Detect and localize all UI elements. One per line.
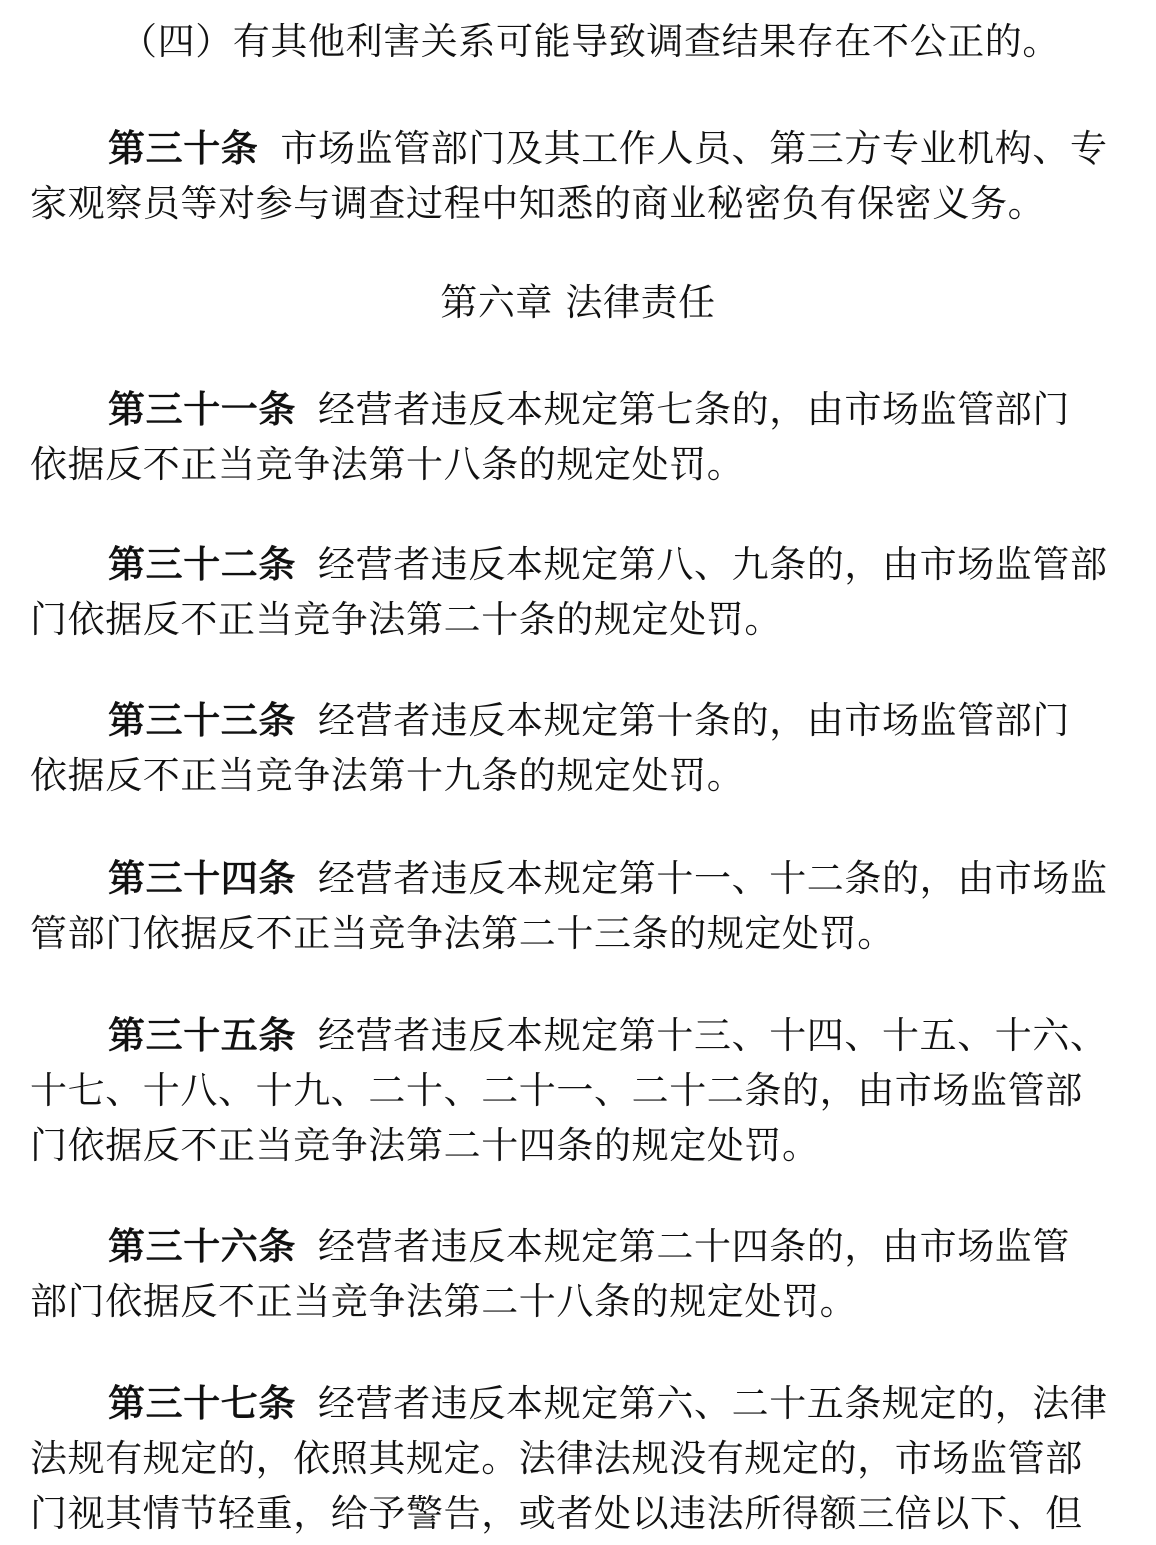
article-32-text-1: 经营者违反本规定第八、九条的，由市场监管部 bbox=[318, 543, 1108, 586]
article-30-number: 第三十条 bbox=[108, 127, 258, 170]
article-31-text-2: 依据反不正当竞争法第十八条的规定处罚。 bbox=[30, 443, 744, 487]
article-33-text-2: 依据反不正当竞争法第十九条的规定处罚。 bbox=[30, 754, 744, 798]
article-36-text-1: 经营者违反本规定第二十四条的，由市场监管 bbox=[318, 1225, 1070, 1268]
article-35-first-line: 第三十五条经营者违反本规定第十三、十四、十五、十六、 bbox=[108, 1014, 1108, 1058]
article-30-text-1: 市场监管部门及其工作人员、第三方专业机构、专 bbox=[280, 127, 1107, 170]
article-32-number: 第三十二条 bbox=[108, 543, 296, 586]
article-37-text-2: 法规有规定的，依照其规定。法律法规没有规定的，市场监管部 bbox=[30, 1437, 1083, 1481]
article-31-number: 第三十一条 bbox=[108, 388, 296, 431]
article-34-first-line: 第三十四条经营者违反本规定第十一、十二条的，由市场监 bbox=[108, 857, 1108, 901]
article-37-number: 第三十七条 bbox=[108, 1382, 296, 1425]
article-37-first-line: 第三十七条经营者违反本规定第六、二十五条规定的，法律 bbox=[108, 1382, 1108, 1426]
article-37-text-1: 经营者违反本规定第六、二十五条规定的，法律 bbox=[318, 1382, 1108, 1425]
document-page: （四）有其他利害关系可能导致调查结果存在不公正的。 第三十条市场监管部门及其工作… bbox=[0, 0, 1156, 1545]
article-32-first-line: 第三十二条经营者违反本规定第八、九条的，由市场监管部 bbox=[108, 543, 1108, 587]
article-37-text-3: 门视其情节轻重，给予警告，或者处以违法所得额三倍以下、但 bbox=[30, 1492, 1083, 1536]
article-32-text-2: 门依据反不正当竞争法第二十条的规定处罚。 bbox=[30, 598, 782, 642]
article-35-text-2: 十七、十八、十九、二十、二十一、二十二条的，由市场监管部 bbox=[30, 1069, 1083, 1113]
item-four-text: （四）有其他利害关系可能导致调查结果存在不公正的。 bbox=[120, 20, 1060, 64]
article-30-first-line: 第三十条市场监管部门及其工作人员、第三方专业机构、专 bbox=[108, 127, 1108, 171]
article-34-text-2: 管部门依据反不正当竞争法第二十三条的规定处罚。 bbox=[30, 912, 895, 956]
article-34-text-1: 经营者违反本规定第十一、十二条的，由市场监 bbox=[318, 857, 1108, 900]
article-33-number: 第三十三条 bbox=[108, 699, 296, 742]
article-36-first-line: 第三十六条经营者违反本规定第二十四条的，由市场监管 bbox=[108, 1225, 1070, 1269]
article-33-text-1: 经营者违反本规定第十条的，由市场监管部门 bbox=[318, 699, 1070, 742]
article-31-text-1: 经营者违反本规定第七条的，由市场监管部门 bbox=[318, 388, 1070, 431]
article-36-text-2: 部门依据反不正当竞争法第二十八条的规定处罚。 bbox=[30, 1280, 857, 1324]
article-33-first-line: 第三十三条经营者违反本规定第十条的，由市场监管部门 bbox=[108, 699, 1070, 743]
chapter-heading: 第六章 法律责任 bbox=[0, 281, 1156, 325]
article-36-number: 第三十六条 bbox=[108, 1225, 296, 1268]
article-35-text-1: 经营者违反本规定第十三、十四、十五、十六、 bbox=[318, 1014, 1108, 1057]
article-34-number: 第三十四条 bbox=[108, 857, 296, 900]
article-35-number: 第三十五条 bbox=[108, 1014, 296, 1057]
article-30-text-2: 家观察员等对参与调查过程中知悉的商业秘密负有保密义务。 bbox=[30, 182, 1045, 226]
article-35-text-3: 门依据反不正当竞争法第二十四条的规定处罚。 bbox=[30, 1124, 820, 1168]
article-31-first-line: 第三十一条经营者违反本规定第七条的，由市场监管部门 bbox=[108, 388, 1070, 432]
